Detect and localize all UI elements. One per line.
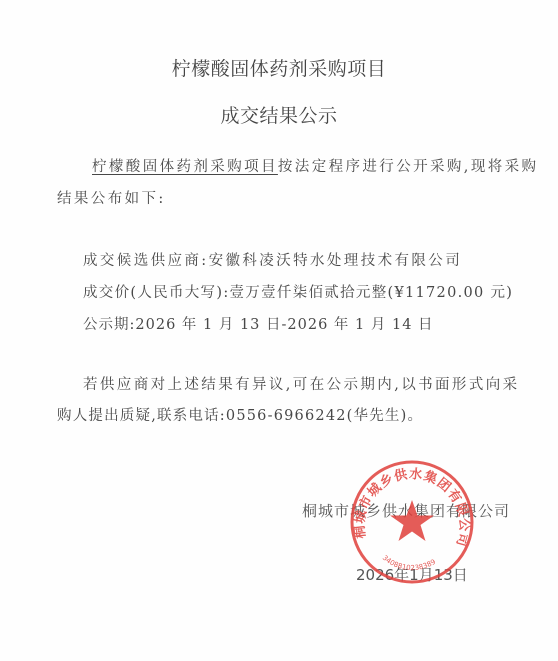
supplier-label: 成交候选供应商: <box>83 253 209 269</box>
price-value: 壹万壹仟柒佰贰拾元整(¥11720.00 元) <box>230 285 514 301</box>
intro-paragraph-line2: 结果公布如下: <box>57 187 166 208</box>
project-name: 柠檬酸固体药剂采购项目 <box>92 159 278 175</box>
supplier-line: 成交候选供应商:安徽科凌沃特水处理技术有限公司 <box>83 249 462 270</box>
price-line: 成交价(人民币大写):壹万壹仟柒佰贰拾元整(¥11720.00 元) <box>83 281 513 302</box>
supplier-value: 安徽科凌沃特水处理技术有限公司 <box>209 253 463 269</box>
price-label: 成交价(人民币大写): <box>83 285 230 301</box>
period-label: 公示期: <box>83 317 135 333</box>
document-subtitle: 成交结果公示 <box>0 101 558 128</box>
intro-paragraph-line1: 柠檬酸固体药剂采购项目按法定程序进行公开采购,现将采购 <box>92 155 538 176</box>
period-line: 公示期:2026 年 1 月 13 日-2026 年 1 月 14 日 <box>83 313 434 334</box>
objection-line1: 若供应商对上述结果有异议,可在公示期内,以书面形式向采 <box>83 373 520 394</box>
period-value: 2026 年 1 月 13 日-2026 年 1 月 14 日 <box>135 317 433 333</box>
intro-text: 按法定程序进行公开采购,现将采购 <box>278 159 539 175</box>
signing-organization: 桐城市城乡供水集团有限公司 <box>302 500 510 521</box>
document-title: 柠檬酸固体药剂采购项目 <box>0 54 558 81</box>
objection-line2: 购人提出质疑,联系电话:0556-6966242(华先生)。 <box>57 404 423 425</box>
signing-date: 2026年1月13日 <box>356 564 468 585</box>
document-page: 柠檬酸固体药剂采购项目 成交结果公示 柠檬酸固体药剂采购项目按法定程序进行公开采… <box>0 0 558 661</box>
